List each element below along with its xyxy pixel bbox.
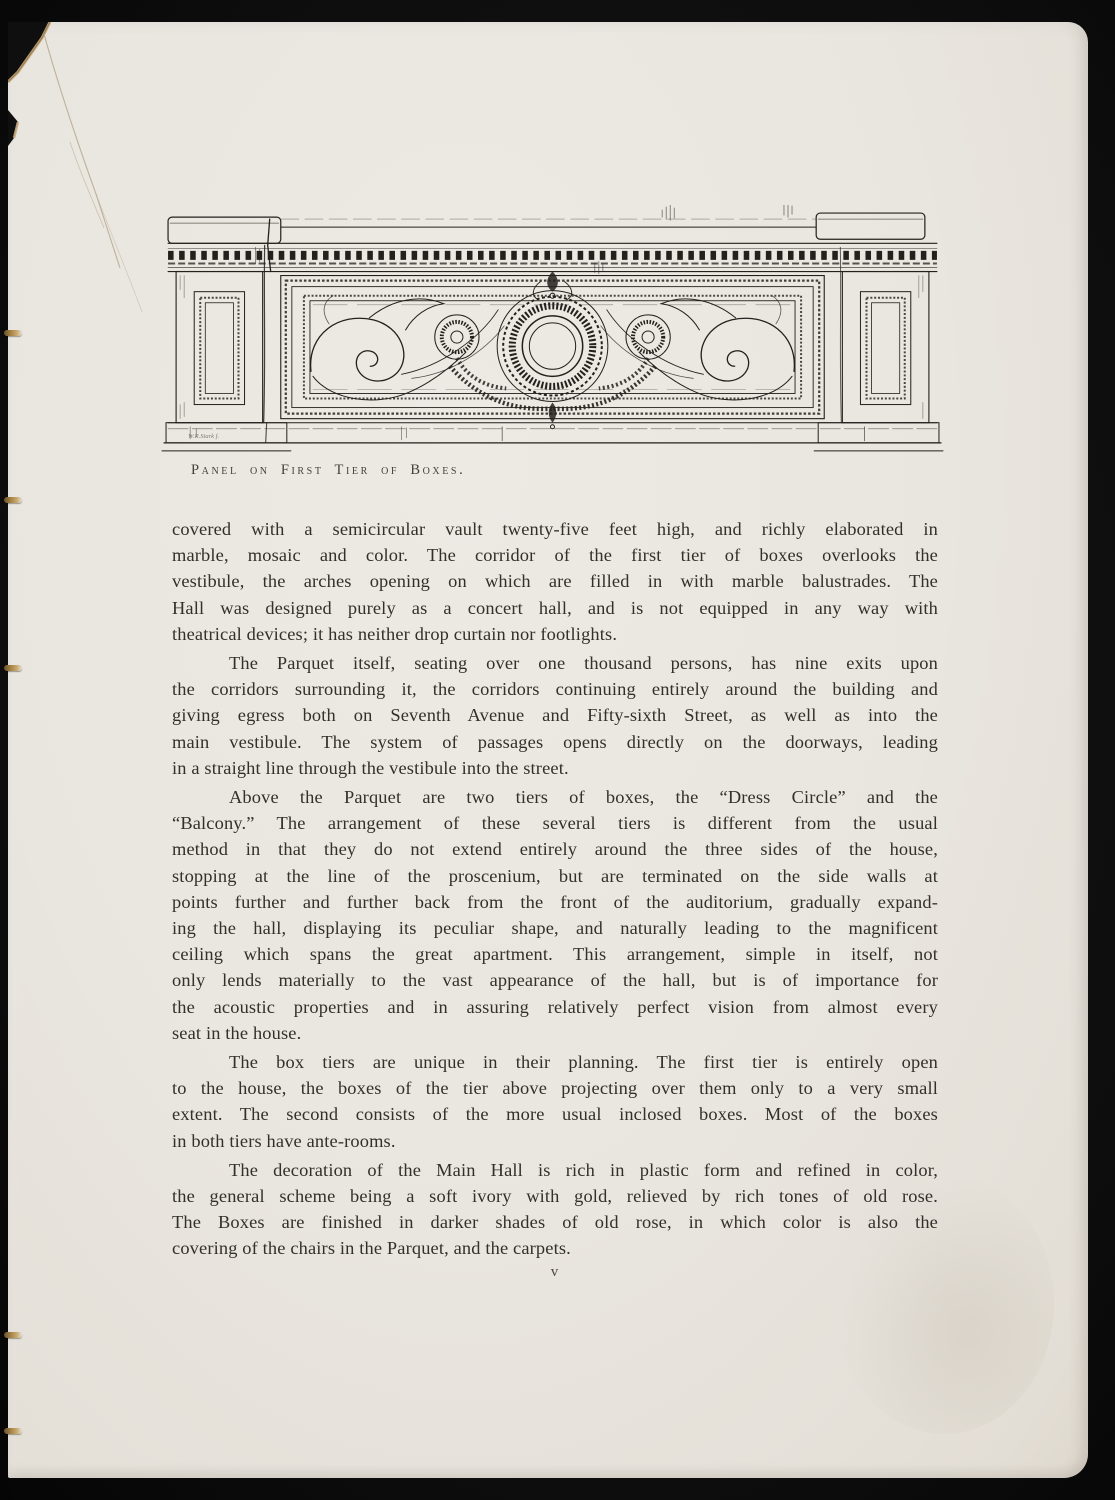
text-line: marble, mosaic and color. The corridor o… <box>172 542 938 568</box>
paragraph: The box tiers are unique in their planni… <box>172 1049 938 1154</box>
text-line: theatrical devices; it has neither drop … <box>172 621 938 647</box>
stitch-hole <box>4 497 22 503</box>
paragraph: The decoration of the Main Hall is rich … <box>172 1157 938 1262</box>
text-line: in both tiers have ante-rooms. <box>172 1128 938 1154</box>
stitch-hole <box>4 1332 22 1338</box>
text-line: seat in the house. <box>172 1020 938 1046</box>
cornice <box>168 213 937 271</box>
base-molding <box>162 423 943 451</box>
text-line: only lends materially to the vast appear… <box>172 967 938 993</box>
text-line: to the house, the boxes of the tier abov… <box>172 1075 938 1101</box>
stitch-hole <box>4 330 22 336</box>
text-line: main vestibule. The system of passages o… <box>172 729 938 755</box>
text-line: stopping at the line of the proscenium, … <box>172 863 938 889</box>
text-line: The Boxes are finished in darker shades … <box>172 1209 938 1235</box>
text-line: in a straight line through the vestibule… <box>172 755 938 781</box>
torn-corner-detail <box>8 22 158 342</box>
text-line: “Balcony.” The arrangement of these seve… <box>172 810 938 836</box>
acanthus-scrollwork <box>311 296 795 400</box>
article-text: covered with a semicircular vault twenty… <box>172 516 938 1262</box>
engraver-signature: W.R.Stark f. <box>188 433 219 440</box>
stitch-hole <box>4 665 22 671</box>
text-line: the acoustic properties and in assuring … <box>172 994 938 1020</box>
right-pier <box>840 247 929 422</box>
book-page: W.R.Stark f. Panel on First Tier of Boxe… <box>8 22 1088 1478</box>
text-line: Above the Parquet are two tiers of boxes… <box>172 784 938 810</box>
text-line: giving egress both on Seventh Avenue and… <box>172 702 938 728</box>
text-line: the general scheme being a soft ivory wi… <box>172 1183 938 1209</box>
text-line: The Parquet itself, seating over one tho… <box>172 650 938 676</box>
paragraph: Above the Parquet are two tiers of boxes… <box>172 784 938 1046</box>
text-line: extent. The second consists of the more … <box>172 1101 938 1127</box>
text-line: ing the hall, displaying its peculiar sh… <box>172 915 938 941</box>
text-line: the corridors surrounding it, the corrid… <box>172 676 938 702</box>
paragraph: covered with a semicircular vault twenty… <box>172 516 938 647</box>
text-line: ceiling which spans the great apartment.… <box>172 941 938 967</box>
left-pier <box>176 245 265 422</box>
text-line: method in that they do not extend entire… <box>172 836 938 862</box>
text-line: points further and further back from the… <box>172 889 938 915</box>
center-panel-frames <box>281 276 824 419</box>
stitch-hole <box>4 1428 22 1434</box>
paragraph: The Parquet itself, seating over one tho… <box>172 650 938 781</box>
text-line: covered with a semicircular vault twenty… <box>172 516 938 542</box>
panel-engraving-illustration: W.R.Stark f. <box>160 205 945 462</box>
text-line: vestibule, the arches opening on which a… <box>172 568 938 594</box>
text-line: covering of the chairs in the Parquet, a… <box>172 1235 938 1261</box>
page-number: v <box>172 1264 938 1281</box>
text-line: Hall was designed purely as a concert ha… <box>172 595 938 621</box>
illustration-caption: Panel on First Tier of Boxes. <box>191 462 651 479</box>
text-line: The box tiers are unique in their planni… <box>172 1049 938 1075</box>
text-line: The decoration of the Main Hall is rich … <box>172 1157 938 1183</box>
